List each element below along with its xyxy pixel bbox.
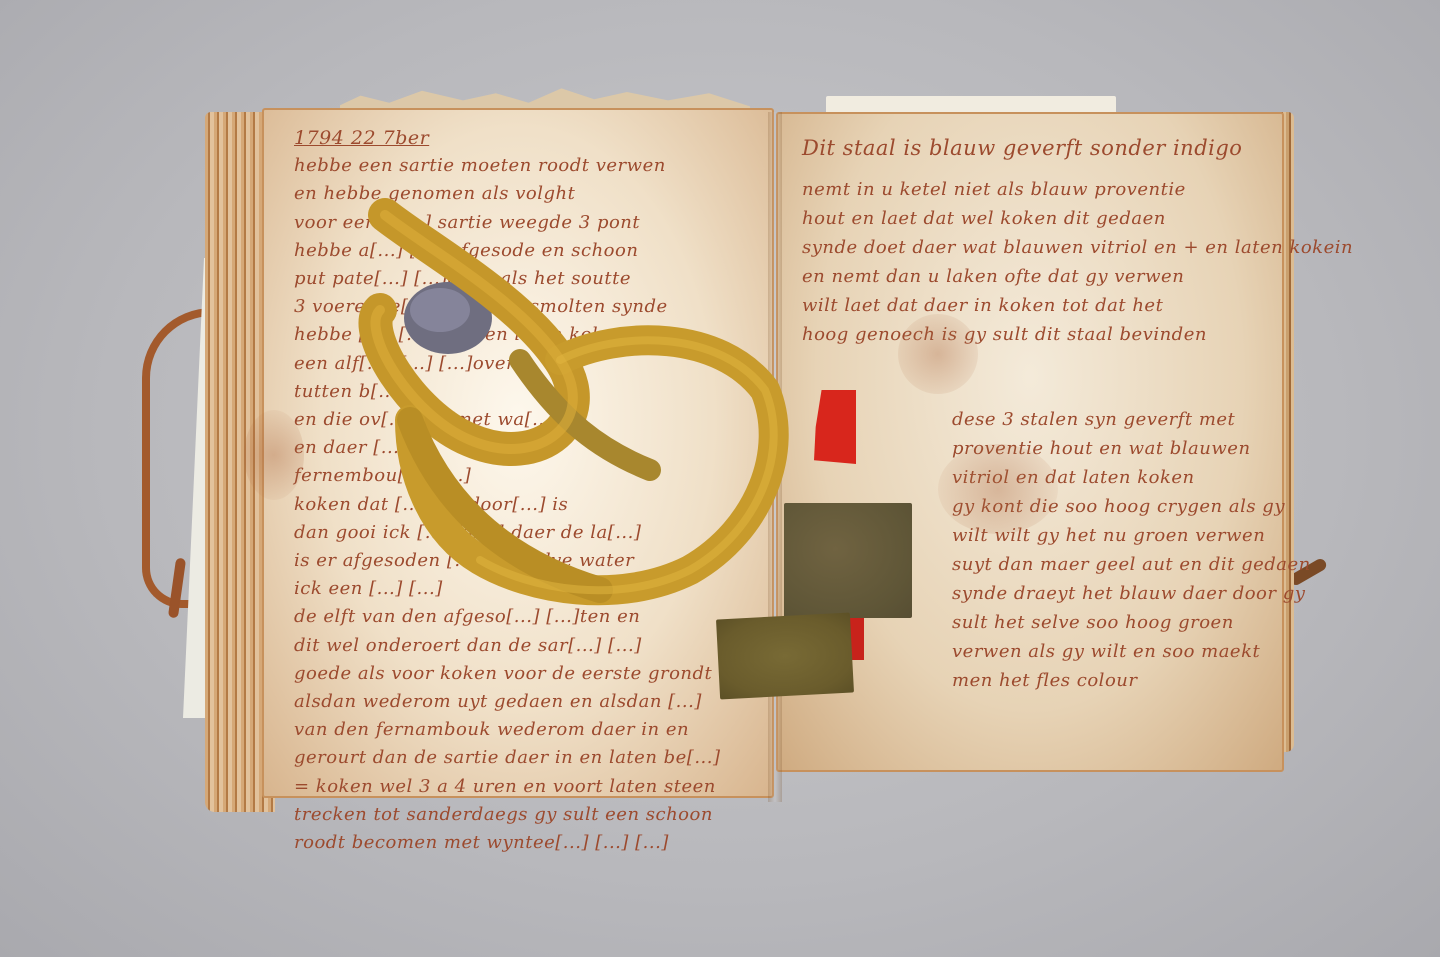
red-cloth-swatch: [814, 390, 856, 464]
handwritten-line: 3 voerende[...] [...]dit gesmolten synde: [294, 293, 752, 321]
recipe-title: Dit staal is blauw geverft sonder indigo: [802, 134, 1262, 163]
handwritten-line: en die ov[...] [...]met wa[...]: [294, 406, 752, 434]
olive-brown-cloth-swatch: [784, 503, 912, 618]
handwritten-line: trecken tot sanderdaegs gy sult een scho…: [294, 801, 752, 829]
handwritten-line: fernembou[...] [...]: [294, 462, 752, 490]
stain: [938, 444, 1058, 534]
handwritten-line: en daer [...]: [294, 434, 752, 462]
handwritten-line: hebbe een sartie moeten roodt verwen: [294, 152, 752, 180]
photograph: 1794 22 7ber hebbe een sartie moeten roo…: [0, 0, 1440, 957]
handwritten-line: roodt becomen met wyntee[...] [...] [...…: [294, 829, 752, 857]
handwritten-line: de elft van den afgeso[...] [...]ten en: [294, 603, 752, 631]
handwritten-line: verwen als gy wilt en soo maekt: [952, 637, 1262, 666]
handwritten-line: en nemt dan u laken ofte dat gy verwen: [802, 262, 1262, 291]
handwritten-line: en hebbe genomen als volght: [294, 180, 752, 208]
handwritten-line: wilt laet dat daer in koken tot dat het: [802, 291, 1262, 320]
handwritten-line: ick een [...] [...]: [294, 575, 752, 603]
book-gutter: [768, 112, 782, 802]
handwritten-line: koken dat [...] [...]door[...] is: [294, 491, 752, 519]
handwritten-line: hebbe a[...] [...] afgesode en schoon: [294, 237, 752, 265]
handwritten-line: goede als voor koken voor de eerste gron…: [294, 660, 752, 688]
handwritten-line: synde draeyt het blauw daer door gy: [952, 579, 1262, 608]
olive-green-cloth-swatch: [716, 613, 854, 700]
handwritten-line: nemt in u ketel niet als blauw proventie: [802, 175, 1262, 204]
recipe-paragraph-1: nemt in u ketel niet als blauw proventie…: [802, 175, 1262, 349]
handwritten-line: dan gooi ick [...] ketel daer de la[...]: [294, 519, 752, 547]
handwritten-line: synde doet daer wat blauwen vitriol en +…: [802, 233, 1262, 262]
handwritten-line: is er afgesoden [...] het selve water: [294, 547, 752, 575]
handwritten-line: een alf[...] [...] [...]overle: [294, 350, 752, 378]
stain: [244, 410, 304, 500]
handwritten-line: gerourt dan de sartie daer in en laten b…: [294, 744, 752, 772]
handwritten-line: voor eerst [...] sartie weegde 3 pont: [294, 209, 752, 237]
handwritten-line: sult het selve soo hoog groen: [952, 608, 1262, 637]
torn-page-edge: [340, 86, 750, 110]
handwritten-line: tutten b[...]: [294, 378, 752, 406]
handwritten-line: hout en laet dat wel koken dit gedaen: [802, 204, 1262, 233]
left-page: 1794 22 7ber hebbe een sartie moeten roo…: [262, 108, 774, 798]
entry-date: 1794 22 7ber: [294, 124, 752, 152]
handwritten-line: dit wel onderoert dan de sar[...] [...]: [294, 632, 752, 660]
left-page-text: hebbe een sartie moeten roodt verwenen h…: [294, 152, 752, 857]
handwritten-line: dese 3 stalen syn geverft met: [952, 405, 1262, 434]
handwritten-line: hoog genoech is gy sult dit staal bevind…: [802, 320, 1262, 349]
handwritten-line: suyt dan maer geel aut en dit gedaen: [952, 550, 1262, 579]
handwritten-line: alsdan wederom uyt gedaen en alsdan [...…: [294, 688, 752, 716]
handwritten-line: hebbe [...] [...]daen en laten koke: [294, 321, 752, 349]
handwritten-line: = koken wel 3 a 4 uren en voort laten st…: [294, 773, 752, 801]
stain: [898, 314, 978, 394]
handwritten-line: put pate[...] [...]daen als het soutte: [294, 265, 752, 293]
handwritten-line: van den fernambouk wederom daer in en: [294, 716, 752, 744]
handwritten-line: men het fles colour: [952, 666, 1262, 695]
